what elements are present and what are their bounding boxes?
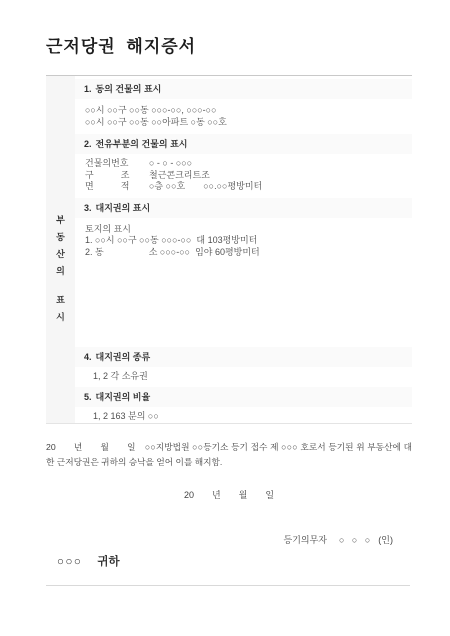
section-land-right-type: 4.대지권의 종류 1, 2 각 소유권 — [75, 347, 412, 387]
field-row: 건물의번호 ○ - ○ - ○○○ — [85, 158, 412, 170]
section-2-body: 건물의번호 ○ - ○ - ○○○ 구 조 철근콘크리트조 면 적 ○층 ○○호… — [75, 154, 412, 198]
obligor-name: ○ ○ ○ — [339, 535, 370, 545]
section-building-of-dong: 1.동의 건물의 표시 ○○시 ○○구 ○○동 ○○○-○○, ○○○-○○ ○… — [75, 79, 412, 134]
land-display-line: 토지의 표시 — [85, 224, 412, 236]
seal-mark: (인) — [378, 535, 393, 545]
side-label-char: 시 — [46, 309, 75, 326]
address-line: ○○시 ○○구 ○○동 ○○아파트 ○동 ○○호 — [85, 117, 412, 129]
section-number: 2. — [84, 139, 92, 149]
field-label: 면 적 — [85, 181, 149, 193]
document-page: 근저당권 해지증서 부 동 산 의 표 시 1.동의 건물의 표시 ○○시 ○○… — [0, 0, 450, 636]
recipient-name: ○○○ — [57, 556, 82, 568]
land-right-ratio-line: 1, 2 163 분의 ○○ — [93, 411, 412, 423]
section-land-right-ratio: 5.대지권의 비율 1, 2 163 분의 ○○ — [75, 387, 412, 423]
field-value: ○층 ○○호 ○○.○○평방미터 — [149, 181, 262, 193]
section-number: 5. — [84, 392, 92, 402]
section-land-right-display: 3.대지권의 표시 토지의 표시 1. ○○시 ○○구 ○○동 ○○○-○○ 대… — [75, 198, 412, 259]
section-4-body: 1, 2 각 소유권 — [75, 367, 412, 387]
date-line: 20 년 월 일 — [46, 488, 412, 501]
section-title: 대지권의 종류 — [96, 352, 151, 362]
land-right-type-line: 1, 2 각 소유권 — [93, 371, 412, 383]
section-title: 대지권의 표시 — [96, 203, 151, 213]
section-5-body: 1, 2 163 분의 ○○ — [75, 407, 412, 423]
termination-declaration-paragraph: 20 년 월 일 ○○지방법원 ○○등기소 등기 접수 제 ○○○ 호로서 등기… — [46, 440, 412, 470]
section-3-header: 3.대지권의 표시 — [75, 198, 412, 218]
field-row: 구 조 철근콘크리트조 — [85, 170, 412, 182]
section-1-header: 1.동의 건물의 표시 — [75, 79, 412, 99]
registration-obligor-row: 등기의무자○ ○ ○(인) — [284, 533, 394, 546]
property-display-vertical-label: 부 동 산 의 표 시 — [46, 212, 75, 326]
section-number: 1. — [84, 84, 92, 94]
table-content-column: 1.동의 건물의 표시 ○○시 ○○구 ○○동 ○○○-○○, ○○○-○○ ○… — [75, 76, 412, 423]
section-3-body: 토지의 표시 1. ○○시 ○○구 ○○동 ○○○-○○ 대 103평방미터 2… — [75, 218, 412, 259]
field-row: 면 적 ○층 ○○호 ○○.○○평방미터 — [85, 181, 412, 193]
field-label: 구 조 — [85, 170, 149, 182]
field-value: 철근콘크리트조 — [149, 170, 210, 182]
side-label-char: 의 — [46, 263, 75, 280]
section-number: 3. — [84, 203, 92, 213]
field-label: 건물의번호 — [85, 158, 149, 170]
field-value: ○ - ○ - ○○○ — [149, 158, 192, 170]
section-title: 대지권의 비율 — [96, 392, 151, 402]
land-display-line: 2. 동 소 ○○○-○○ 임야 60평방미터 — [85, 247, 412, 259]
side-label-char: 동 — [46, 229, 75, 246]
section-title: 동의 건물의 표시 — [96, 84, 162, 94]
recipient-row: ○○○귀하 — [57, 553, 120, 569]
address-line: ○○시 ○○구 ○○동 ○○○-○○, ○○○-○○ — [85, 105, 412, 117]
recipient-honorific: 귀하 — [97, 556, 119, 568]
land-display-line: 1. ○○시 ○○구 ○○동 ○○○-○○ 대 103평방미터 — [85, 235, 412, 247]
section-exclusive-building: 2.전유부분의 건물의 표시 건물의번호 ○ - ○ - ○○○ 구 조 철근콘… — [75, 134, 412, 198]
section-number: 4. — [84, 352, 92, 362]
obligor-label: 등기의무자 — [284, 535, 327, 545]
section-4-header: 4.대지권의 종류 — [75, 347, 412, 367]
section-5-header: 5.대지권의 비율 — [75, 387, 412, 407]
side-label-char: 산 — [46, 246, 75, 263]
section-2-header: 2.전유부분의 건물의 표시 — [75, 134, 412, 154]
side-label-char: 부 — [46, 212, 75, 229]
document-title: 근저당권 해지증서 — [46, 32, 196, 57]
section-title: 전유부분의 건물의 표시 — [96, 139, 188, 149]
section-1-body: ○○시 ○○구 ○○동 ○○○-○○, ○○○-○○ ○○시 ○○구 ○○동 ○… — [75, 99, 412, 134]
side-label-char: 표 — [46, 292, 75, 309]
bottom-divider — [46, 585, 410, 586]
side-label-column: 부 동 산 의 표 시 — [46, 76, 75, 423]
property-description-table: 부 동 산 의 표 시 1.동의 건물의 표시 ○○시 ○○구 ○○동 ○○○-… — [46, 75, 412, 424]
